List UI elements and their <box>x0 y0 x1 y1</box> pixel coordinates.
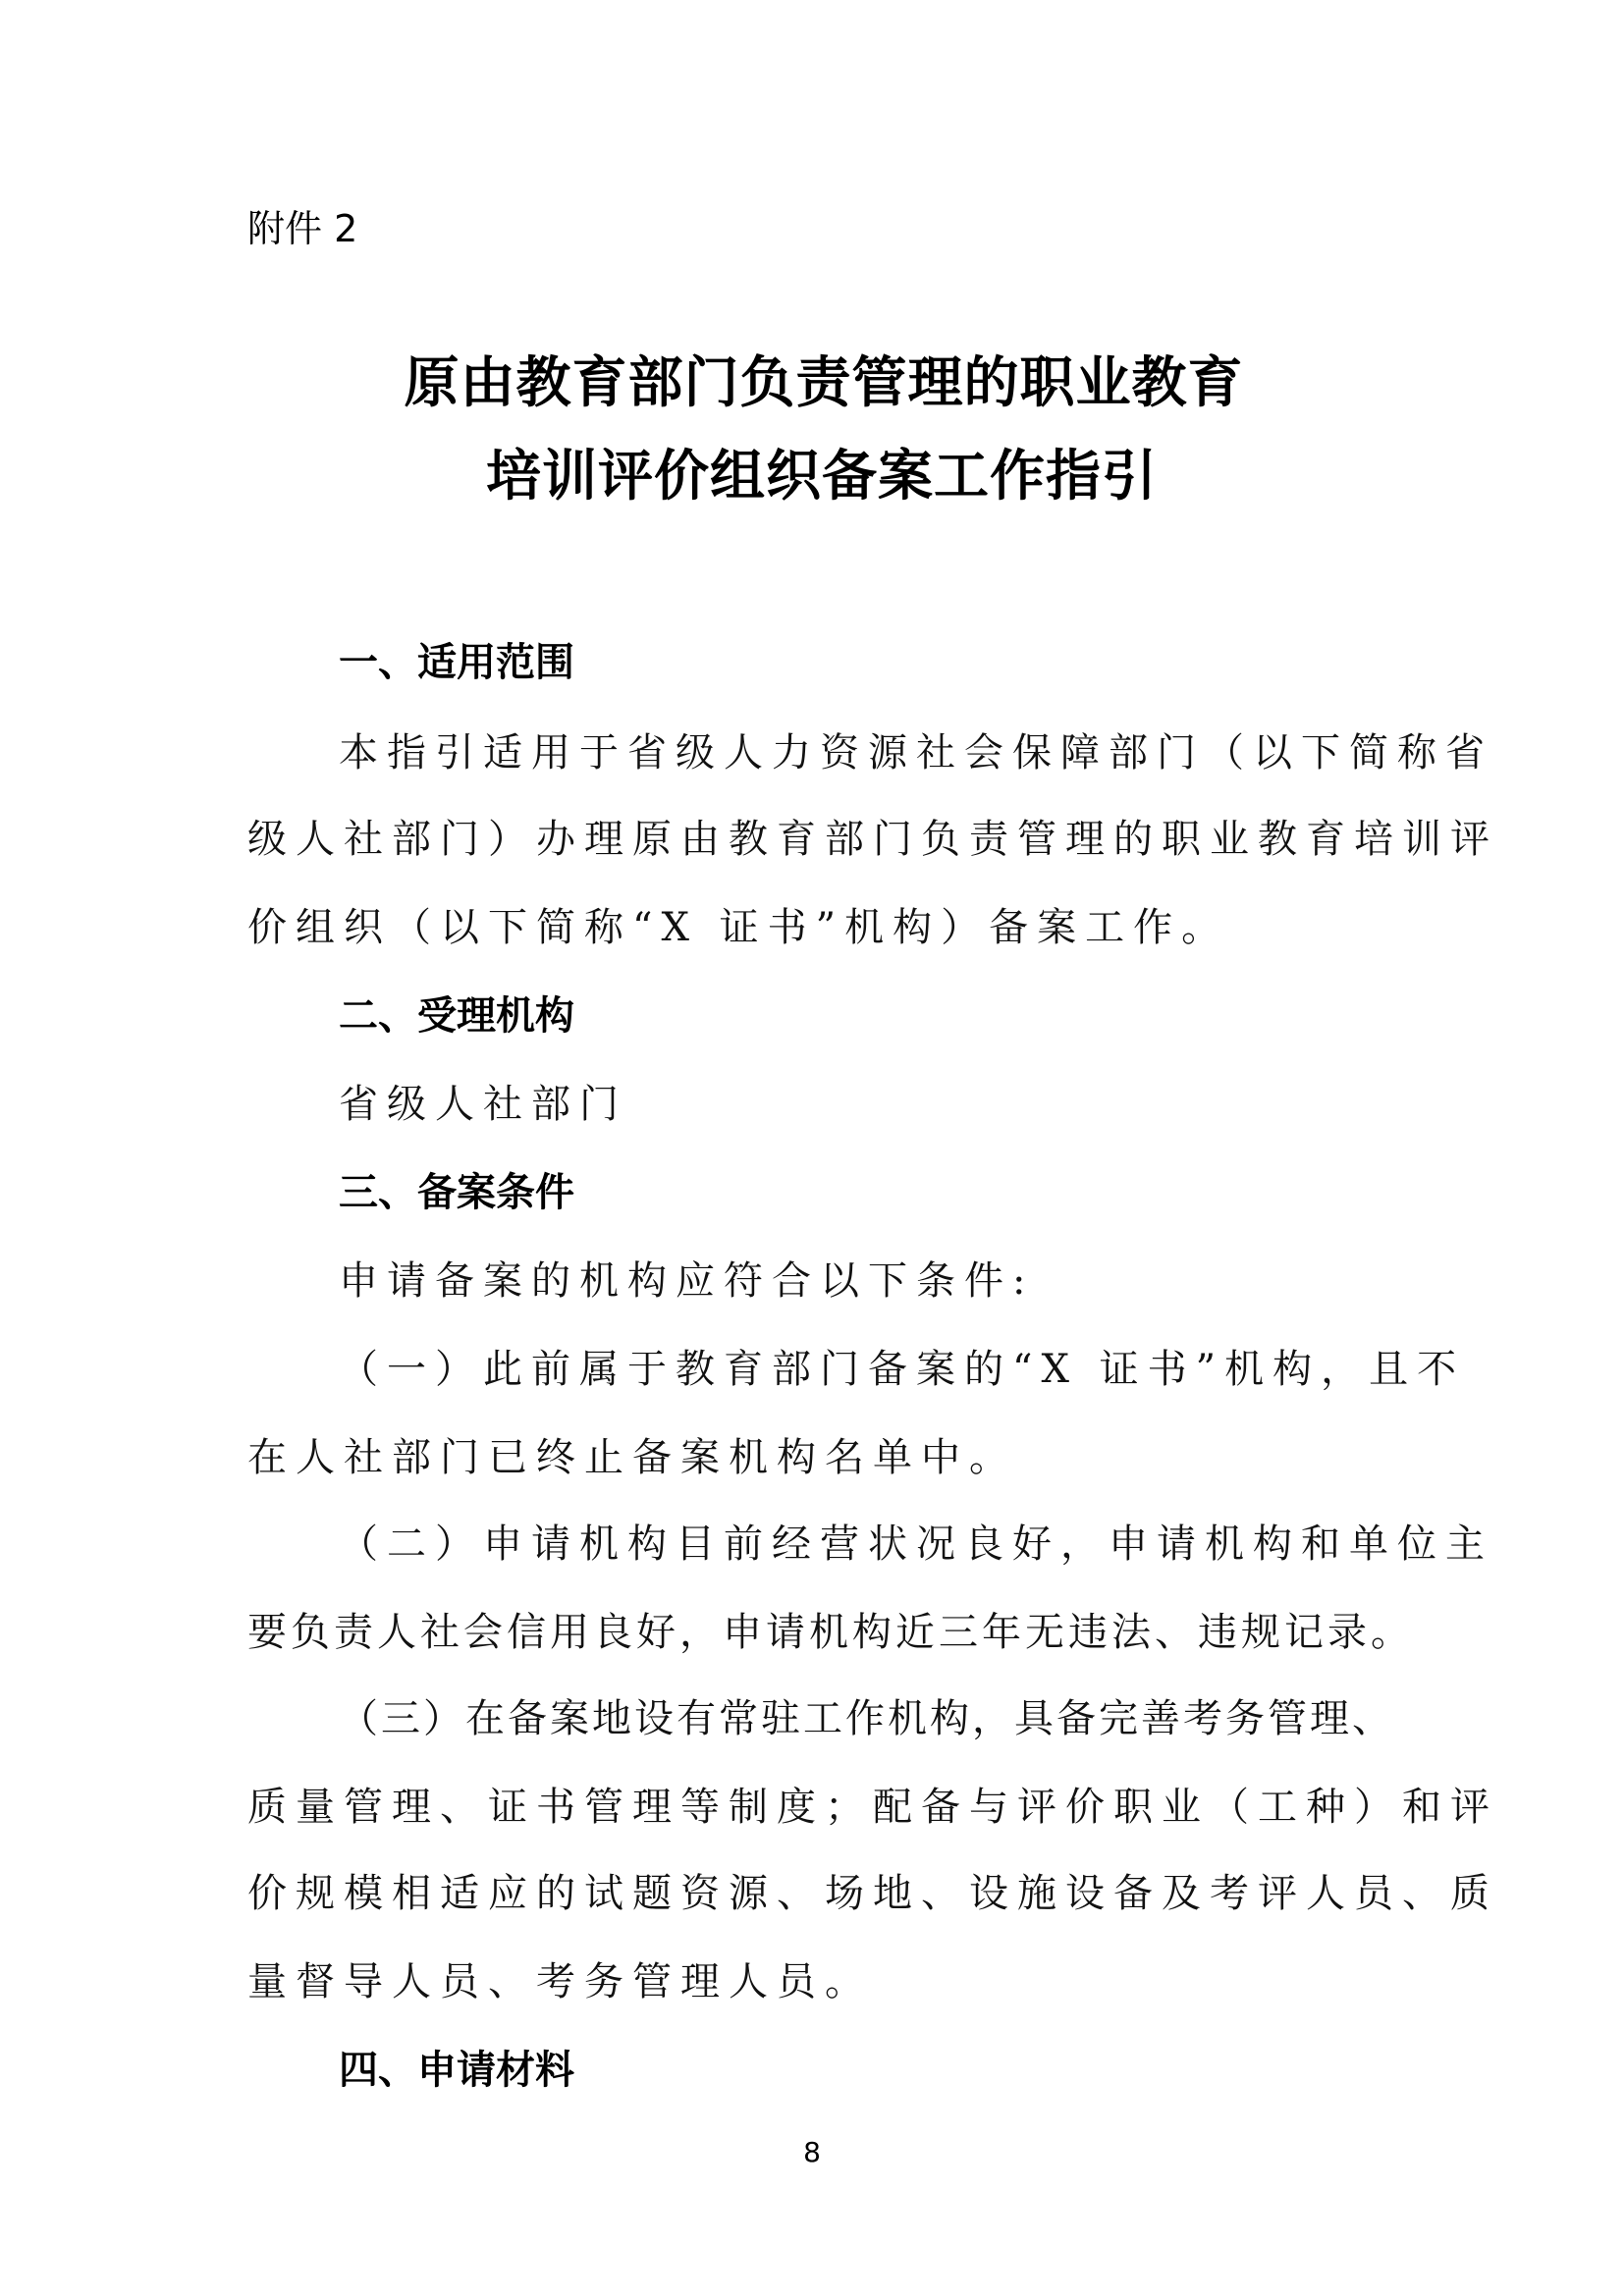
attachment-label: 附件 2 <box>247 204 357 253</box>
section-heading-receiving-agency: 二、受理机构 <box>339 989 574 1042</box>
paragraph-line: 价组织（以下简称“X 证书”机构）备案工作。 <box>247 901 1229 954</box>
document-title-line-2: 培训评价组织备案工作指引 <box>0 442 1624 510</box>
condition-item-3-line: 质量管理、证书管理等制度；配备与评价职业（工种）和评 <box>247 1781 1498 1834</box>
paragraph-line: 申请备案的机构应符合以下条件: <box>339 1255 1034 1308</box>
condition-item-3-line: （三）在备案地设有常驻工作机构，具备完善考务管理、 <box>339 1692 1394 1745</box>
paragraph-line: 省级人社部门 <box>339 1078 627 1131</box>
condition-item-3-line: 量督导人员、考务管理人员。 <box>247 1955 873 2008</box>
document-page: 附件 2 原由教育部门负责管理的职业教育 培训评价组织备案工作指引 一、适用范围… <box>0 0 1624 2296</box>
paragraph-line: 级人社部门）办理原由教育部门负责管理的职业教育培训评 <box>247 813 1498 866</box>
paragraph-line: 本指引适用于省级人力资源社会保障部门（以下简称省 <box>339 726 1493 779</box>
page-number: 8 <box>0 2135 1624 2170</box>
condition-item-1-line: （一）此前属于教育部门备案的“X 证书”机构，且不 <box>339 1343 1465 1396</box>
document-title-line-1: 原由教育部门负责管理的职业教育 <box>0 348 1624 417</box>
condition-item-2-line: （二）申请机构目前经营状况良好，申请机构和单位主 <box>339 1518 1493 1571</box>
condition-item-3-line: 价规模相适应的试题资源、场地、设施设备及考评人员、质 <box>247 1867 1498 1920</box>
section-heading-filing-conditions: 三、备案条件 <box>339 1166 574 1219</box>
condition-item-2-line: 要负责人社会信用良好，申请机构近三年无违法、违规记录。 <box>247 1606 1414 1659</box>
section-heading-scope: 一、适用范围 <box>339 636 574 689</box>
condition-item-1-line: 在人社部门已终止备案机构名单中。 <box>247 1431 1017 1484</box>
section-heading-application-materials: 四、申请材料 <box>339 2044 574 2097</box>
